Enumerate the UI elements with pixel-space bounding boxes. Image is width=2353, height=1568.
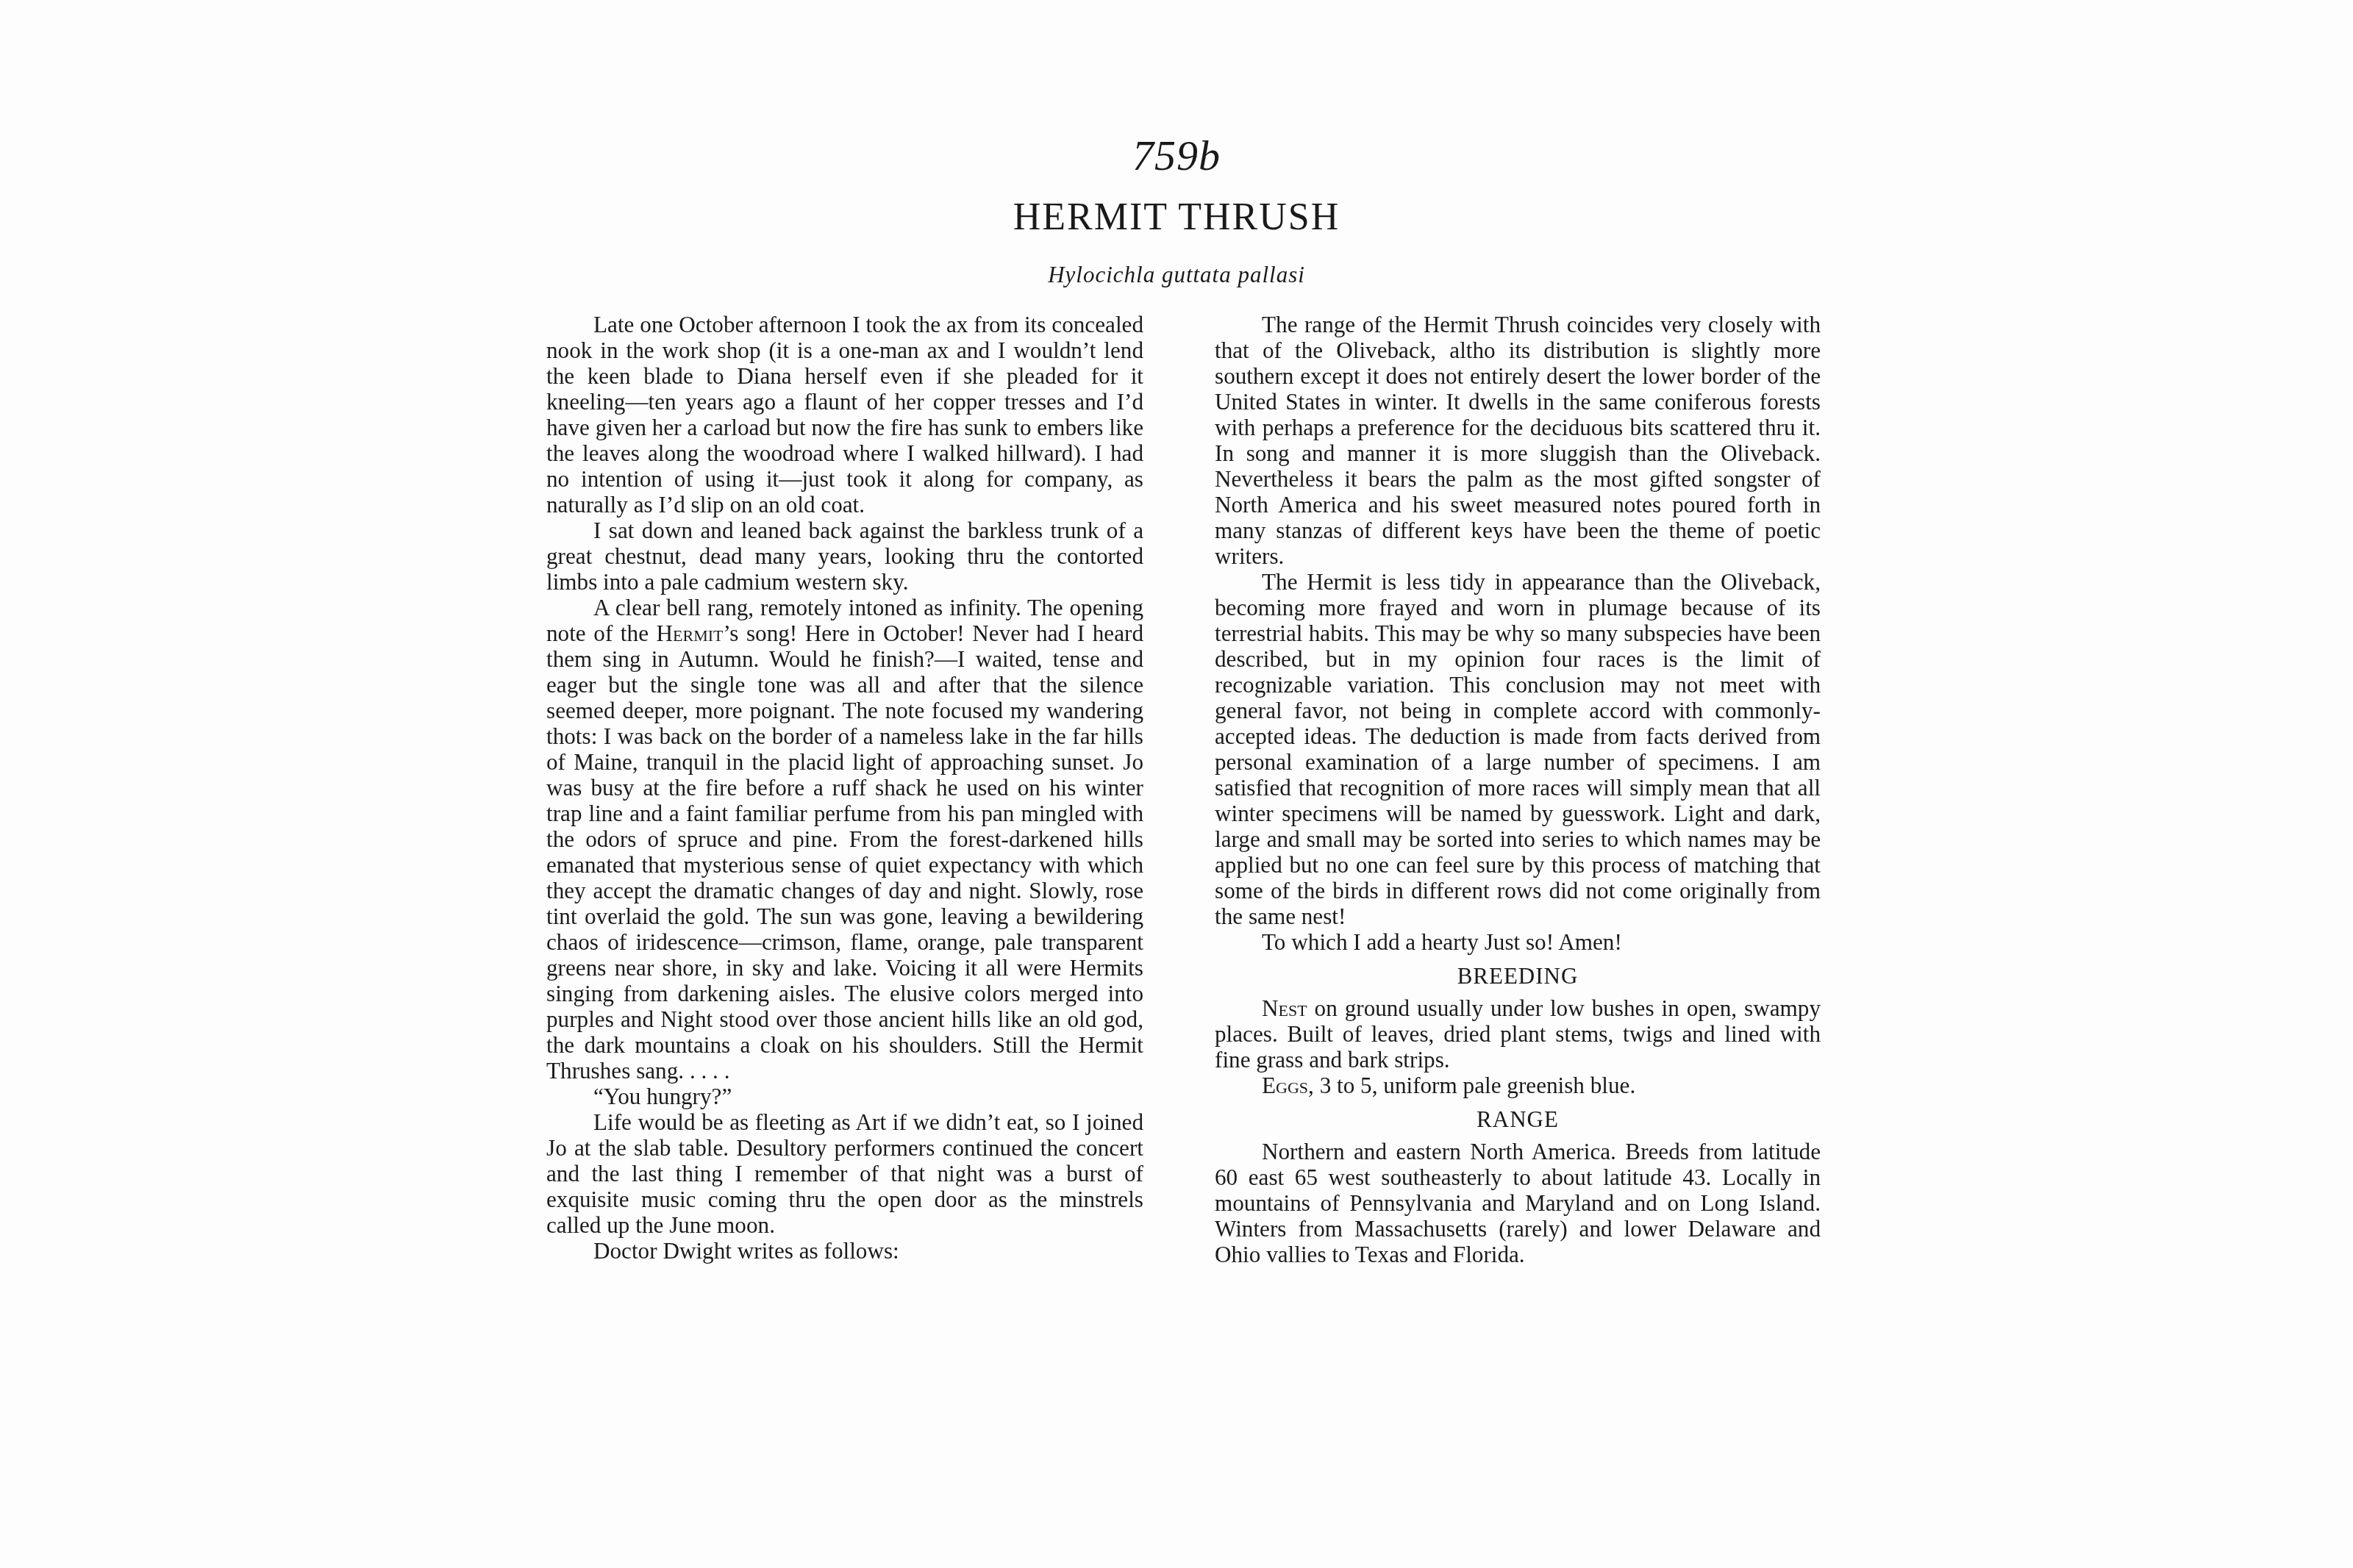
nest-label: Nest [1262,995,1307,1021]
eggs-text: , 3 to 5, uniform pale greenish blue. [1308,1073,1635,1098]
paragraph-amen: To which I add a hearty Just so! Amen! [1215,929,1821,955]
eggs-label: Eggs [1262,1073,1308,1098]
paragraph-hungry: “You hungry?” [546,1084,1143,1109]
page-title: HERMIT THRUSH [0,196,2353,239]
paragraph-dwight: Doctor Dwight writes as follows: [546,1238,1143,1264]
paragraph-bell: A clear bell rang, remotely intoned as i… [546,595,1143,1084]
paragraph-tidy: The Hermit is less tidy in appearance th… [1215,569,1821,929]
breeding-heading: BREEDING [1215,963,1821,989]
breeding-nest: Nest on ground usually under low bushes … [1215,995,1821,1073]
range-text: Northern and eastern North America. Bree… [1215,1139,1821,1267]
range-heading: RANGE [1215,1106,1821,1132]
paragraph-bell-after: ’s song! Here in October! Never had I he… [546,620,1143,1084]
paragraph-chestnut: I sat down and leaned back against the b… [546,518,1143,595]
right-column: The range of the Hermit Thrush coincides… [1215,312,1821,1267]
hermit-smallcaps: Hermit [657,620,724,646]
paragraph-life: Life would be as fleeting as Art if we d… [546,1109,1143,1238]
breeding-eggs: Eggs, 3 to 5, uniform pale greenish blue… [1215,1073,1821,1098]
scientific-name: Hylocichla guttata pallasi [0,262,2353,288]
left-column: Late one October afternoon I took the ax… [546,312,1143,1264]
paragraph-range-intro: The range of the Hermit Thrush coincides… [1215,312,1821,569]
paragraph-intro: Late one October afternoon I took the ax… [546,312,1143,518]
page-number: 759b [0,131,2353,180]
